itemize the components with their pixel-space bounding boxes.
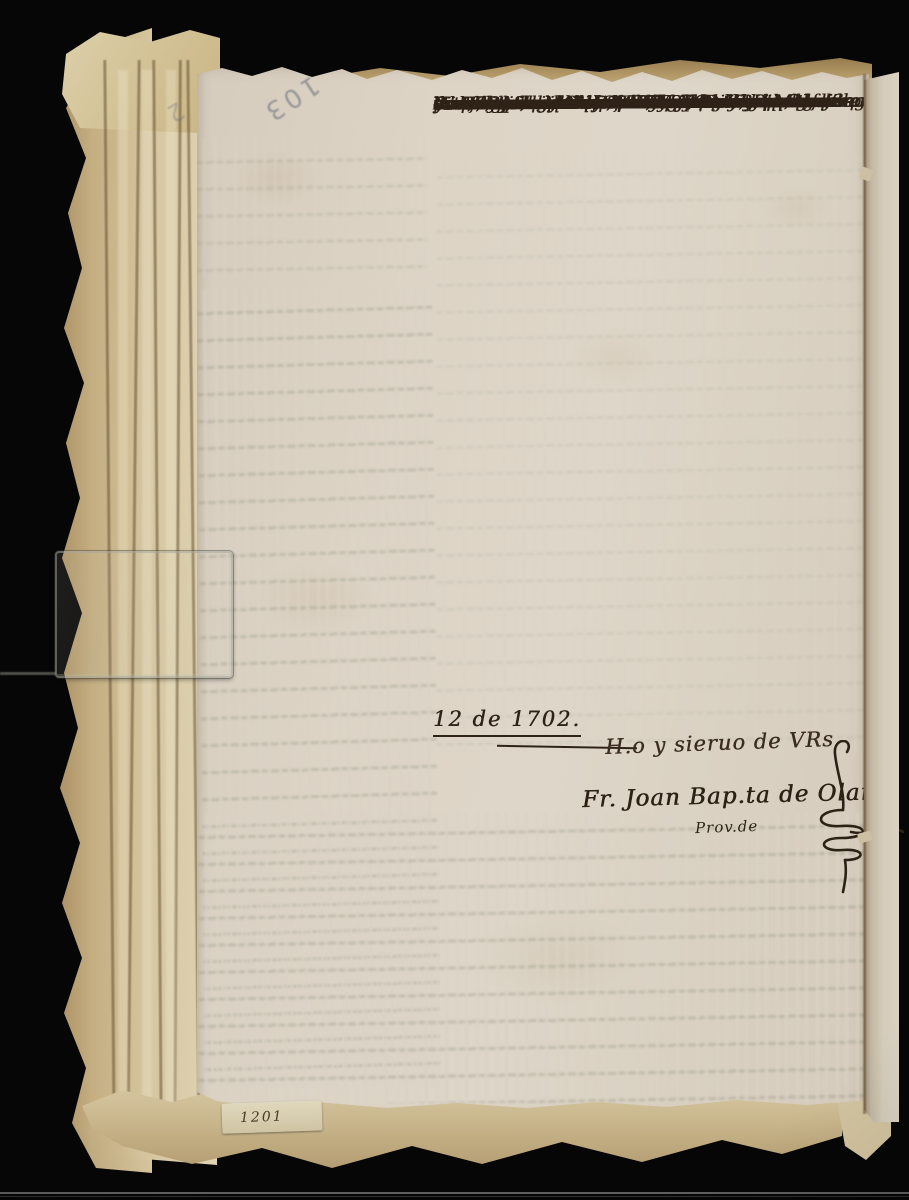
date-line: 12 de 1702.: [433, 704, 581, 737]
signature-title: Prov.de: [695, 815, 759, 839]
verso-showthrough: [437, 153, 867, 753]
verso-showthrough: [199, 813, 867, 1103]
gutter-crease-line: [863, 74, 866, 1114]
scan-edge-line: [0, 1192, 909, 1194]
manuscript-page: y la segunda de dies, de ygual numero. N…: [197, 58, 869, 1112]
gutter-page-edge: [864, 70, 899, 1122]
glass-plate-overlay: [55, 551, 233, 678]
scan-edge-line: [0, 1196, 909, 1197]
bottom-folio-tab: 1201: [222, 1100, 323, 1133]
glass-plate-edge-line: [0, 672, 56, 675]
archival-photo-stage: y la segunda de dies, de ygual numero. N…: [0, 0, 909, 1200]
verso-showthrough: [197, 138, 427, 278]
bottom-folio-number: 1201: [240, 1109, 284, 1127]
manuscript-line: ensu santa grazias. Manila y Octubre: [433, 87, 772, 120]
